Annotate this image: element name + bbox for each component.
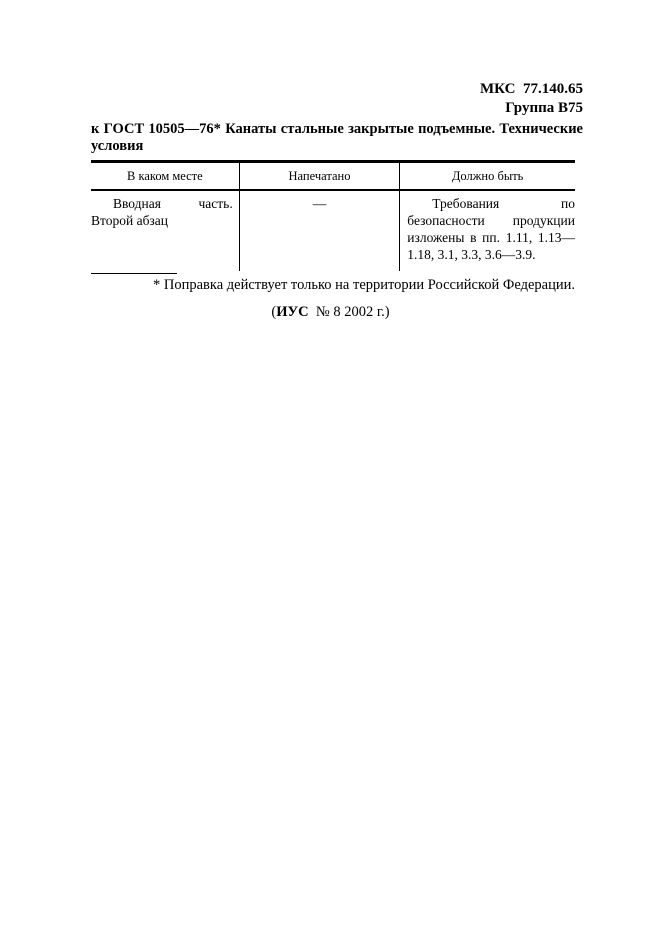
- source-issue: № 8 2002 г.): [309, 304, 390, 320]
- cell-should-be: Требования по безопасности продукции изл…: [400, 190, 575, 271]
- source-abbr: ИУС: [276, 304, 308, 320]
- cell-printed: —: [239, 190, 400, 271]
- column-header-where: В каком месте: [91, 162, 239, 191]
- cell-where: Вводная часть. Второй абзац: [91, 190, 239, 271]
- amendment-table: В каком месте Напечатано Должно быть Вво…: [91, 160, 575, 271]
- classification-header: МКС 77.140.65 Группа В75: [480, 80, 583, 118]
- document-title: к ГОСТ 10505—76* Канаты стальные закрыты…: [91, 121, 583, 155]
- footnote: * Поправка действует только на территори…: [91, 276, 575, 294]
- column-header-should-be: Должно быть: [400, 162, 575, 191]
- footnote-divider: [91, 273, 177, 274]
- column-header-printed: Напечатано: [239, 162, 400, 191]
- table-header-row: В каком месте Напечатано Должно быть: [91, 162, 575, 191]
- group-code: Группа В75: [480, 99, 583, 118]
- table-row: Вводная часть. Второй абзац — Требования…: [91, 190, 575, 271]
- source-reference: (ИУС № 8 2002 г.): [0, 304, 661, 321]
- mks-code: МКС 77.140.65: [480, 80, 583, 99]
